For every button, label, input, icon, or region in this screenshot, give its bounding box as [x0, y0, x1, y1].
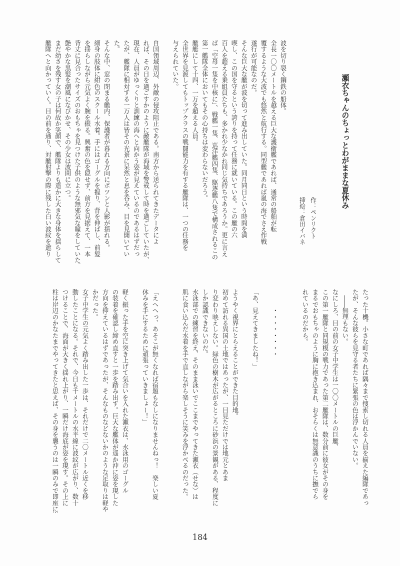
text-column: なにしろ、目の前の女子中学生は一〇〇メートルの巨艦、	[329, 289, 339, 513]
text-column: を揺らしながら元気よく腕を振る。興奮の色を隠せず、前方を見据えて、一本	[81, 40, 91, 264]
text-column	[129, 289, 139, 513]
text-column: つけることで、海面が大きく揺れ上がり、一瞬だけ海底が姿を現す。その上に	[59, 289, 69, 513]
text-column: 艦艇にして十四、一万を超える人員。	[189, 40, 199, 264]
illustrator-credit: 挿絵：倉田イバネ	[297, 197, 306, 245]
text-column: 背丈に見合ったサイズのおもちゃを見つけた子供のような無邪気な瞳をしていた。	[71, 40, 81, 264]
text-column: まだ幼さを残す女の子は何故か笑顔で、艦隊よりも遥かに大きな身体を揺らして	[52, 40, 62, 264]
dialogue-column: 休みを手にするために頑張っていきましょー！」	[139, 289, 149, 513]
text-column: 百人を超える乗組員たちも、多かれ少なかれ同じ気持ちであろうか。更に言え	[218, 40, 228, 264]
text-column: 女子中学生の元気よく踏み出した一歩は、それだけで二〇メートル近くを移	[79, 289, 89, 513]
book-page: 瀬衣ちゃんのちょっとわがままな夏休み 作：ペンリクト 挿絵：倉田イバネ 波を切り…	[0, 0, 400, 566]
text-column: り変わり映えしない。緑色の樹木が広がるところに砂浜の景観がある、程度に	[209, 289, 219, 513]
text-column: 遂行が可能なのだ。	[248, 40, 258, 264]
text-column: 軽く振った手を空に突き上げて気合いを入れた瀬衣は、水泳用のゴーグル	[119, 289, 129, 513]
text-column: まるでおもちゃのように胸に抱き込まれ、おそらくは無意識のうちに撫でら	[309, 289, 319, 513]
text-column: れているのだから。	[299, 289, 309, 513]
text-column	[169, 289, 179, 513]
author-credit: 作：ペンリクト	[308, 197, 317, 239]
dialogue-column: 「あ、見えてきましたね！」	[249, 289, 259, 513]
text-column: れば、その日を過ごすかのように敵艦隊が海域を警戒して時を過ごしていたが、	[140, 40, 150, 264]
text-column: 艶やかな黒髪を潮風になびかせ、その少女は波間に立つ。	[62, 40, 72, 264]
text-column: かだった。	[89, 289, 99, 513]
text-column: の装着を確認し締め直すと一歩を踏み出す。巨大な艦体が遥か沖に姿を現した	[109, 289, 119, 513]
lower-tier-text: たった十機。小さな町であれば隅々まで捜索し切れる人員を揃えた編隊であっ たが、そ…	[49, 289, 369, 513]
text-column: そんな中、窓の閉まる艦内、保護者が暮れる方向にポツンと人影が揺れる。	[101, 40, 111, 264]
text-column: ようやく視界にとらえることができた目的地。	[229, 289, 239, 513]
story-title: 瀬衣ちゃんのちょっとわがままな夏休み	[340, 74, 351, 224]
text-column: 柱は岸辺のかなたまでやってきたと思えば、その身を襲うのは一瞬のみで即座に崩	[49, 289, 59, 513]
text-column: た。	[111, 40, 121, 264]
text-column	[279, 289, 289, 513]
page-number: 184	[0, 533, 400, 542]
text-column: ば「空母一隻を中核に」、戦艦一隻、巡洋艦四隻、駆逐艦八隻で構成されるこの	[209, 40, 219, 264]
text-column: たが、艦隊に相対する一万人は皆その光景に呆然と息を呑み、目を見開いてい	[120, 40, 130, 264]
text-column: 細身の肢体に紺色のスクール水着。手にはゴーグルを握り、背を伸ばし、前髪	[91, 40, 101, 264]
text-column: 現在、人員がゆっくりと訓練の海へと向かう姿が見えているのであるはずだっ	[130, 40, 140, 264]
text-column: 艦隊へと向かっていく。目の前を通り、対艦射撃の際に残した白い波紋を遮り	[42, 40, 52, 264]
text-column: 自国領域周辺、外敵の侵攻阻止である。南方から送られてきたデータによ	[150, 40, 160, 264]
text-column: この第一艦隊と同規模の戦力であった第二艦隊は、数分前に彼女がその身を	[319, 289, 329, 513]
text-column: ――無理もない。	[339, 289, 349, 513]
text-column: しか認識できないのだ。	[199, 289, 209, 513]
text-column: 動したことになる。それで、今日も千メートルの水平線に波紋が広がり、数十	[69, 289, 79, 513]
text-column: 喫し、この国を守るという誇りを持って任務に就いている。この艦の六	[228, 40, 238, 264]
text-column: 波を切り裂く鋼鉄の船体。	[277, 40, 287, 264]
text-column: 方向を抑えているはずであったが、そんなものなどないかのような足取りは軽や	[99, 289, 109, 513]
text-column: 全世界を見渡してもトップクラスの戦闘能力を有する艦隊は、一つの任務を	[179, 40, 189, 264]
dialogue-column: 「えへへっ、あそこが無くなれば宿題もなしになりませんねっ！ 楽しい夏	[149, 289, 159, 513]
scene-break-dots: ・・・・・・・・	[269, 289, 279, 513]
text-column: そんな巨大な艦が波を切って進み出していた。同月同日という時間を満	[238, 40, 248, 264]
text-column: たが、そんな彼らを見守る者たちに緊張の色は浮かんでいない。	[349, 289, 359, 513]
text-column: 初めて訪れる異国の土地ではあったが、一目見ただけでは地元とあま	[219, 289, 229, 513]
text-column: たった十機。小さな町であれば隅々まで捜索し切れる人員を揃えた編隊であっ	[359, 289, 369, 513]
text-column: 覆するような大波でも悠然と航行する。同型艦であれば嵐の海でさえ作戦	[258, 40, 268, 264]
text-column	[159, 289, 169, 513]
text-column: 水泳部での練習を終え、そのまま泳いでここまでやってきた瀬衣（せな）は	[189, 289, 199, 513]
text-column: 第一艦隊全体においてもその心持ちは変わらないだろう。	[199, 40, 209, 264]
text-column: 全長一〇〇メートルを越える巨大な護衛艦であれば、通常の船舶が転	[267, 40, 277, 264]
text-column	[259, 289, 269, 513]
text-column: 肌に食い込んだ水着を手で直しながら楽しそうに笑みを浮かべるのだった。	[179, 289, 189, 513]
text-column: 与えられていた。	[169, 40, 179, 264]
text-column	[289, 289, 299, 513]
text-column	[160, 40, 170, 264]
upper-tier-text: 波を切り裂く鋼鉄の船体。 全長一〇〇メートルを越える巨大な護衛艦であれば、通常の…	[42, 40, 287, 264]
text-column	[239, 289, 249, 513]
